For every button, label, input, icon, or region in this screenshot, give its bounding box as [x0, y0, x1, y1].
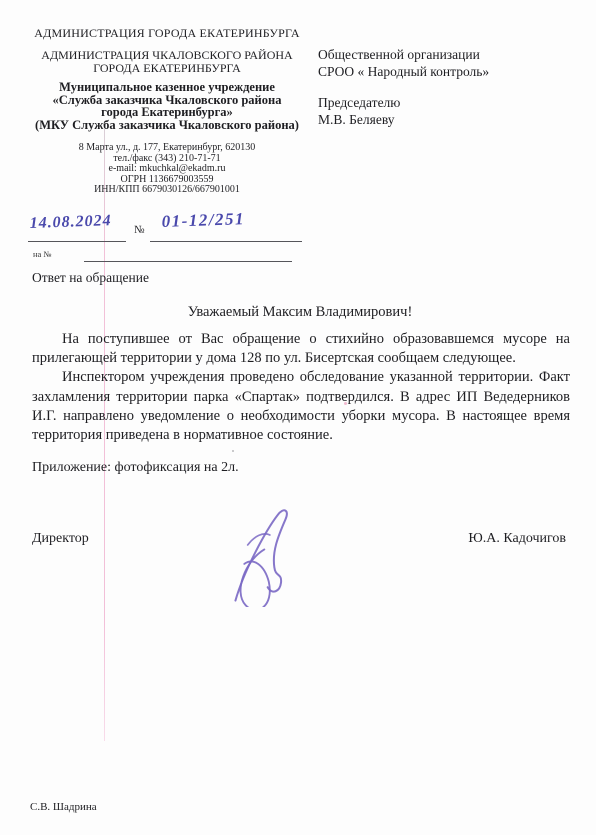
- letterhead-city-administration: АДМИНИСТРАЦИЯ ГОРОДА ЕКАТЕРИНБУРГА: [20, 26, 314, 41]
- handwritten-date: 14.08.2024: [29, 212, 112, 233]
- reply-number-underline: [84, 261, 292, 262]
- letter-subject: Ответ на обращение: [32, 270, 149, 286]
- handwritten-outgoing-number: 01-12/251: [161, 209, 245, 232]
- signature-scribble: [211, 503, 311, 607]
- salutation: Уважаемый Максим Владимирович!: [30, 304, 570, 321]
- body-paragraph: На поступившее от Вас обращение о стихий…: [32, 330, 570, 368]
- recipient-title: Председателю: [318, 94, 568, 111]
- letter-body: На поступившее от Вас обращение о стихий…: [32, 330, 570, 445]
- letterhead-institution: Муниципальное казенное учреждение «Служб…: [20, 81, 314, 131]
- number-underline: [150, 241, 302, 242]
- reply-to-number-label: на №: [33, 249, 52, 259]
- recipient-organization: Общественной организации СРОО « Народный…: [318, 46, 568, 80]
- letterhead-institution-line: (МКУ Служба заказчика Чкаловского района…: [20, 119, 314, 132]
- date-underline: [28, 241, 126, 242]
- scan-speck: [232, 450, 234, 452]
- executor-name: С.В. Шадрина: [30, 801, 97, 813]
- letter-page: АДМИНИСТРАЦИЯ ГОРОДА ЕКАТЕРИНБУРГА АДМИН…: [0, 0, 596, 835]
- number-sign-label: №: [134, 224, 145, 236]
- letterhead-inn-kpp: ИНН/КПП 6679030126/667901001: [20, 185, 314, 196]
- recipient-name: М.В. Беляеву: [318, 111, 568, 128]
- letterhead-contacts: 8 Марта ул., д. 177, Екатеринбург, 62013…: [20, 143, 314, 196]
- letterhead-district-administration: АДМИНИСТРАЦИЯ ЧКАЛОВСКОГО РАЙОНА ГОРОДА …: [20, 49, 314, 75]
- body-paragraph: Инспектором учреждения проведено обследо…: [32, 368, 570, 445]
- signatory-name: Ю.А. Кадочигов: [32, 531, 566, 547]
- letterhead-institution-line: Муниципальное казенное учреждение: [20, 81, 314, 94]
- attachment-note: Приложение: фотофиксация на 2л.: [32, 460, 239, 476]
- recipient-org-line: СРОО « Народный контроль»: [318, 63, 568, 80]
- letterhead-district-line: ГОРОДА ЕКАТЕРИНБУРГА: [20, 62, 314, 75]
- letterhead-institution-line: города Екатеринбурга»: [20, 106, 314, 119]
- recipient-org-line: Общественной организации: [318, 46, 568, 63]
- recipient-person: Председателю М.В. Беляеву: [318, 94, 568, 128]
- letterhead-address: 8 Марта ул., д. 177, Екатеринбург, 62013…: [20, 143, 314, 154]
